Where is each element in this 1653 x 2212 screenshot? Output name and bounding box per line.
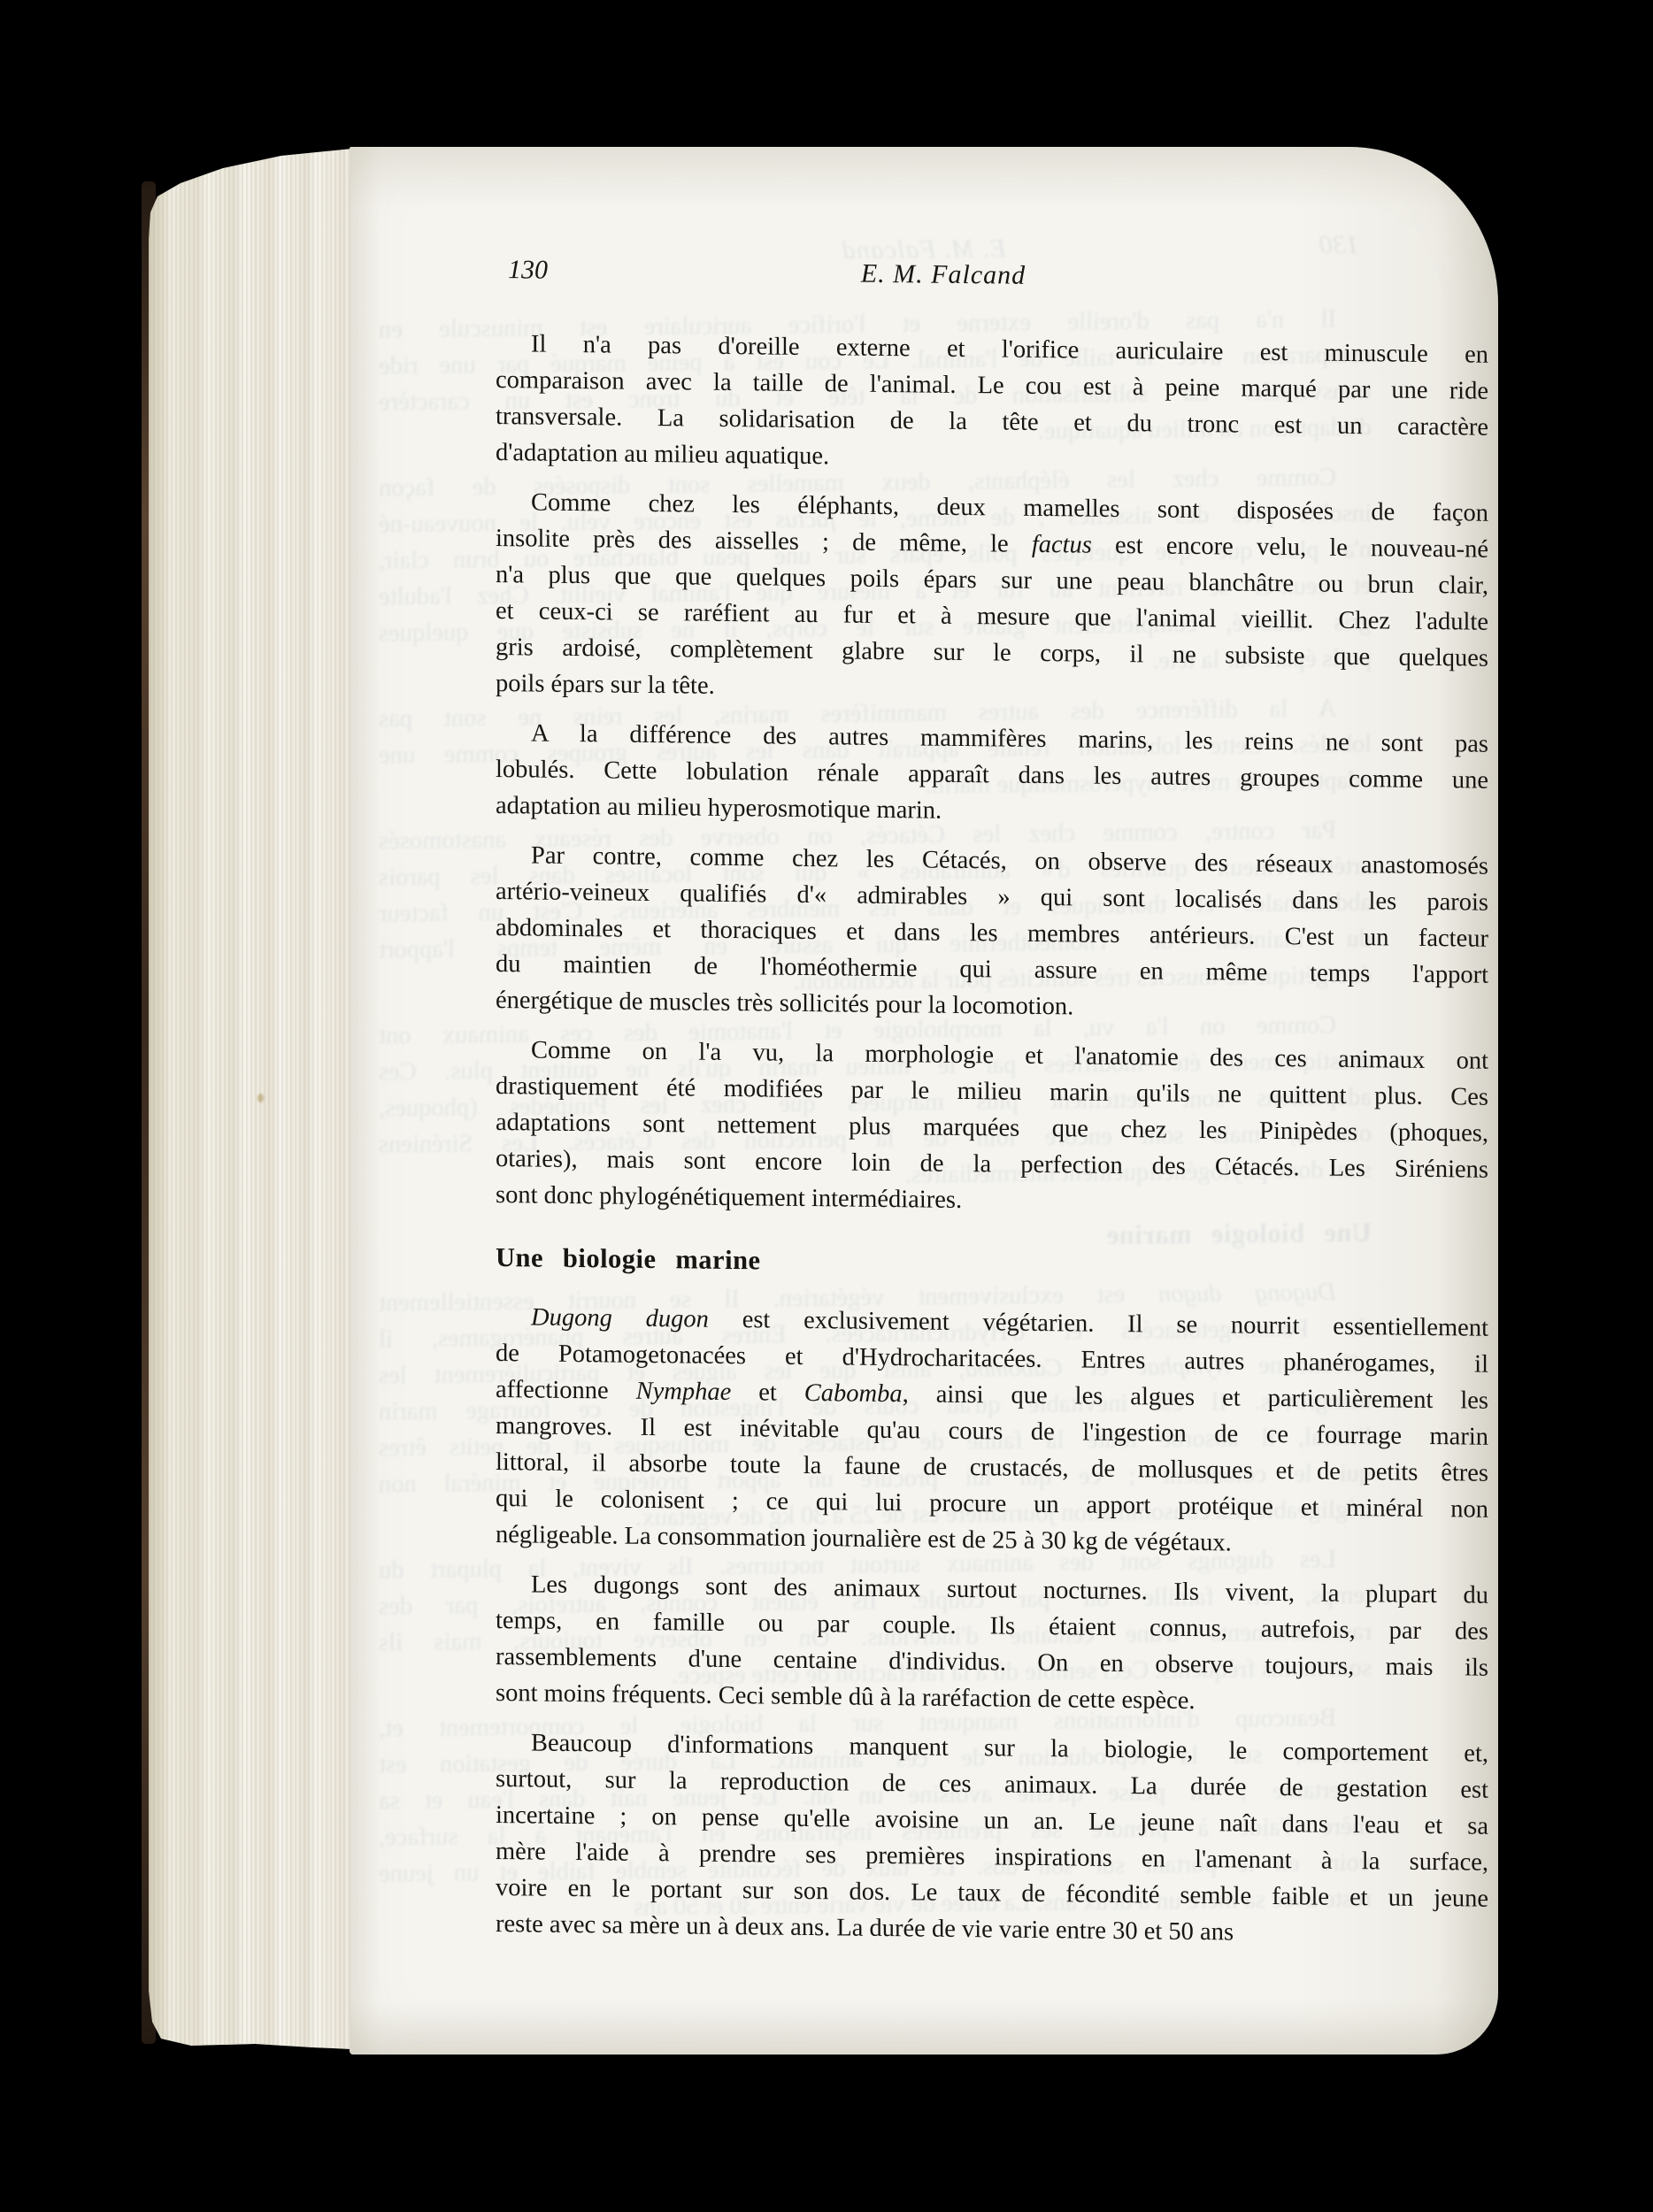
paragraph: Beaucoup d'informations manquent sur la … bbox=[496, 1724, 1488, 1954]
paragraph: Les dugongs sont des animaux surtout noc… bbox=[496, 1566, 1488, 1723]
section-heading: Une biologie marine bbox=[496, 1240, 1488, 1287]
paragraph: Comme on l'a vu, la morphologie et l'ana… bbox=[496, 1032, 1488, 1225]
paragraph: Dugong dugon est exclusivement végétarie… bbox=[496, 1299, 1488, 1564]
paragraph: Il n'a pas d'oreille externe et l'orific… bbox=[496, 326, 1488, 482]
paragraph: A la différence des autres mammifères ma… bbox=[496, 715, 1488, 835]
page-stack-fore-edge bbox=[149, 142, 352, 2055]
body-text-blocks: Il n'a pas d'oreille externe et l'orific… bbox=[496, 326, 1488, 1954]
paragraph: Comme chez les éléphants, deux mamelles … bbox=[496, 484, 1488, 713]
paragraph: Par contre, comme chez les Cétacés, on o… bbox=[496, 837, 1488, 1030]
paper-blemish bbox=[258, 1094, 264, 1102]
photographed-book-page: 130 E. M. Falcand Il n'a pas d'oreille e… bbox=[0, 0, 1653, 2212]
printed-text-column: 130 E. M. Falcand Il n'a pas d'oreille e… bbox=[496, 255, 1488, 1954]
